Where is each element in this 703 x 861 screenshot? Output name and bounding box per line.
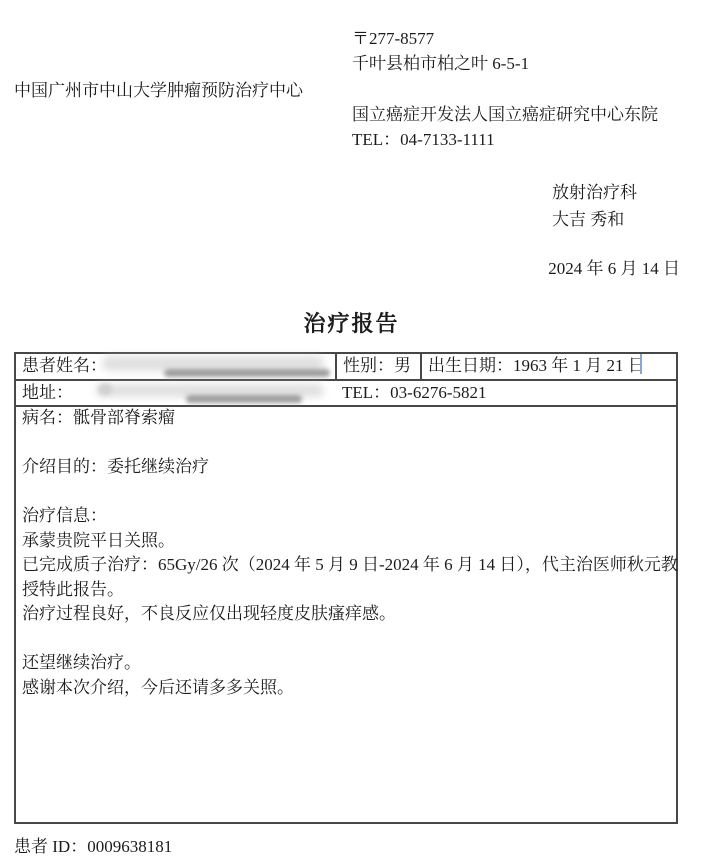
cursor-artifact — [640, 354, 642, 374]
patient-tel: TEL：03-6276-5821 — [342, 382, 486, 404]
body-line — [22, 480, 670, 505]
body-line: 病名：骶骨部脊索瘤 — [22, 406, 670, 431]
table-col-divider-2 — [420, 354, 422, 379]
patient-name-label: 患者姓名： — [22, 355, 107, 377]
patient-gender: 性别：男 — [343, 355, 411, 377]
body-line — [22, 431, 670, 456]
recipient-tel: TEL：04-7133-1111 — [352, 129, 495, 151]
department: 放射治疗科 — [552, 182, 637, 204]
body-line: 还望继续治疗。 — [22, 651, 670, 676]
doctor-name: 大吉 秀和 — [552, 209, 624, 231]
body-line: 感谢本次介绍，今后还请多多关照。 — [22, 676, 670, 701]
recipient-postal-code: 〒277-8577 — [352, 28, 434, 50]
body-line — [22, 627, 670, 652]
sender-organization: 中国广州市中山大学肿瘤预防治疗中心 — [14, 80, 303, 102]
body-line: 治疗过程良好，不良反应仅出现轻度皮肤瘙痒感。 — [22, 602, 670, 627]
table-row-divider-1 — [16, 379, 676, 381]
report-body: 病名：骶骨部脊索瘤 介绍目的：委托继续治疗 治疗信息： 承蒙贵院平日关照。 已完… — [22, 406, 670, 700]
recipient-organization: 国立癌症开发法人国立癌症研究中心东院 — [352, 104, 658, 126]
report-date: 2024 年 6 月 14 日 — [548, 258, 680, 280]
table-col-divider-1 — [335, 354, 337, 379]
body-line: 治疗信息： — [22, 504, 670, 529]
page-title: 治疗报告 — [0, 313, 703, 335]
patient-address-label: 地址： — [22, 382, 73, 404]
body-line: 授特此报告。 — [22, 578, 670, 603]
body-line: 介绍目的：委托继续治疗 — [22, 455, 670, 480]
body-line: 已完成质子治疗：65Gy/26 次（2024 年 5 月 9 日-2024 年 … — [22, 553, 670, 578]
patient-birth-date: 出生日期：1963 年 1 月 21 日 — [428, 355, 645, 377]
treatment-report-page: { "header": { "sender_org": "中国广州市中山大学肿瘤… — [0, 0, 703, 861]
patient-id: 患者 ID：0009638181 — [14, 836, 172, 858]
body-line: 承蒙贵院平日关照。 — [22, 529, 670, 554]
recipient-address: 千叶县柏市柏之叶 6-5-1 — [352, 53, 529, 75]
